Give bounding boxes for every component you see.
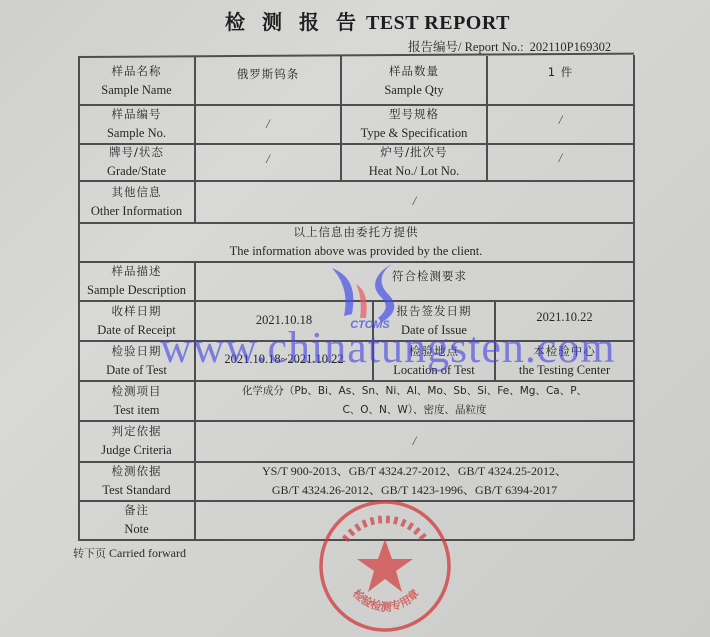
label-cn: 样品数量	[389, 62, 439, 81]
value-sample-name: 俄罗斯钨条	[196, 58, 340, 90]
carried-en: Carried forward	[109, 546, 186, 560]
label-cn: 收样日期	[112, 302, 162, 321]
value-date-of-issue: 2021.10.22	[496, 301, 633, 333]
value-judge-criteria: /	[196, 421, 633, 461]
label-cn: 样品描述	[112, 262, 162, 281]
label-en: Location of Test	[393, 361, 475, 380]
label-sample-qty: 样品数量 Sample Qty	[342, 57, 486, 104]
label-grade-state: 牌号/状态 Grade/State	[79, 144, 194, 180]
label-type-spec: 型号规格 Type & Specification	[342, 105, 486, 143]
label-cn: 报告签发日期	[397, 302, 472, 321]
carried-forward: 转下页Carried forward	[73, 545, 186, 561]
value-text: /	[559, 111, 562, 130]
value-line-1: YS/T 900-2013、GB/T 4324.27-2012、GB/T 432…	[262, 462, 567, 481]
label-en: Date of Test	[106, 361, 167, 380]
report-title: 检 测 报 告TEST REPORT	[225, 6, 510, 35]
value-text: 2021.10.18~2021.10.22	[224, 350, 343, 369]
label-en: Date of Receipt	[97, 321, 175, 340]
label-en: Note	[124, 520, 148, 539]
label-cn: 检测依据	[112, 462, 162, 481]
value-text: 俄罗斯钨条	[237, 65, 300, 84]
value-test-standard: YS/T 900-2013、GB/T 4324.27-2012、GB/T 432…	[196, 462, 633, 500]
label-judge-criteria: 判定依据 Judge Criteria	[79, 421, 194, 461]
value-date-of-test: 2021.10.18~2021.10.22	[196, 341, 372, 377]
value-text: /	[266, 150, 269, 169]
value-heat-lot: /	[488, 144, 633, 172]
label-en: Test Standard	[102, 481, 170, 500]
value-line-2: C、O、N、W）、密度、晶粒度	[342, 401, 486, 420]
label-en: Sample Description	[87, 281, 186, 300]
report-title-en: TEST REPORT	[366, 12, 510, 34]
note-en: The information above was provided by th…	[230, 242, 483, 261]
label-note: 备注 Note	[79, 501, 194, 539]
value-text: 符合检测要求	[392, 267, 467, 286]
label-cn: 检验日期	[112, 342, 162, 361]
label-cn: 判定依据	[112, 422, 162, 441]
label-en: Judge Criteria	[101, 441, 171, 460]
label-other-info: 其他信息 Other Information	[79, 181, 194, 222]
label-en: Sample No.	[107, 124, 166, 143]
label-en: Heat No./ Lot No.	[369, 162, 460, 181]
label-cn: 样品名称	[112, 62, 162, 81]
value-text: 2021.10.18	[256, 311, 312, 330]
value-sample-no: /	[196, 105, 340, 143]
label-en: Type & Specification	[361, 124, 468, 143]
label-test-standard: 检测依据 Test Standard	[79, 462, 194, 500]
value-cn: 本检验中心	[533, 342, 596, 361]
value-note	[196, 501, 633, 539]
report-title-cn: 检 测 报 告	[225, 12, 362, 34]
label-date-of-test: 检验日期 Date of Test	[79, 341, 194, 380]
label-cn: 备注	[124, 501, 149, 520]
value-other-info: /	[196, 181, 633, 222]
value-line-2: GB/T 4324.26-2012、GB/T 1423-1996、GB/T 63…	[272, 481, 557, 500]
value-text: /	[266, 115, 269, 134]
label-cn: 样品编号	[112, 105, 162, 124]
label-sample-no: 样品编号 Sample No.	[79, 105, 194, 143]
value-text: /	[413, 432, 416, 451]
carried-cn: 转下页	[73, 547, 106, 560]
value-date-of-receipt: 2021.10.18	[196, 301, 372, 340]
value-location-of-test: 本检验中心 the Testing Center	[496, 341, 633, 380]
label-en: Sample Qty	[384, 81, 443, 100]
value-line-1: 化学成分（Pb、Bi、As、Sn、Ni、Al、Mo、Sb、Si、Fe、Mg、Ca…	[242, 382, 587, 401]
label-test-item: 检测项目 Test item	[79, 381, 194, 420]
label-location-of-test: 检验地点 Location of Test	[374, 341, 494, 380]
label-cn: 检验地点	[409, 342, 459, 361]
label-en: Other Information	[91, 202, 182, 221]
value-grade-state: /	[196, 144, 340, 174]
label-en: Test item	[114, 401, 160, 420]
label-cn: 其他信息	[112, 183, 162, 202]
value-sample-qty: 1 件	[488, 57, 633, 87]
label-en: Date of Issue	[401, 321, 467, 340]
label-sample-name: 样品名称 Sample Name	[79, 58, 194, 104]
report-number-label: 报告编号/ Report No.:	[408, 40, 524, 54]
note-cn: 以上信息由委托方提供	[294, 223, 419, 242]
value-text: /	[559, 149, 562, 168]
value-sample-description: 符合检测要求	[196, 262, 633, 290]
label-date-of-receipt: 收样日期 Date of Receipt	[79, 301, 194, 340]
svg-text:检验检测专用章: 检验检测专用章	[350, 586, 422, 613]
label-en: Grade/State	[107, 162, 166, 181]
client-provided-note: 以上信息由委托方提供 The information above was pro…	[79, 223, 633, 261]
value-en: the Testing Center	[519, 361, 610, 380]
value-text: 2021.10.22	[536, 308, 592, 327]
label-cn: 型号规格	[389, 105, 439, 124]
value-text: /	[413, 192, 416, 211]
label-sample-description: 样品描述 Sample Description	[79, 262, 194, 300]
value-text: 1 件	[548, 63, 573, 82]
label-date-of-issue: 报告签发日期 Date of Issue	[374, 301, 494, 340]
label-en: Sample Name	[101, 81, 171, 100]
label-cn: 炉号/批次号	[380, 143, 447, 162]
label-cn: 牌号/状态	[109, 143, 164, 162]
value-test-item: 化学成分（Pb、Bi、As、Sn、Ni、Al、Mo、Sb、Si、Fe、Mg、Ca…	[196, 381, 633, 420]
value-type-spec: /	[488, 105, 633, 135]
label-cn: 检测项目	[112, 382, 162, 401]
label-heat-lot: 炉号/批次号 Heat No./ Lot No.	[342, 144, 486, 180]
